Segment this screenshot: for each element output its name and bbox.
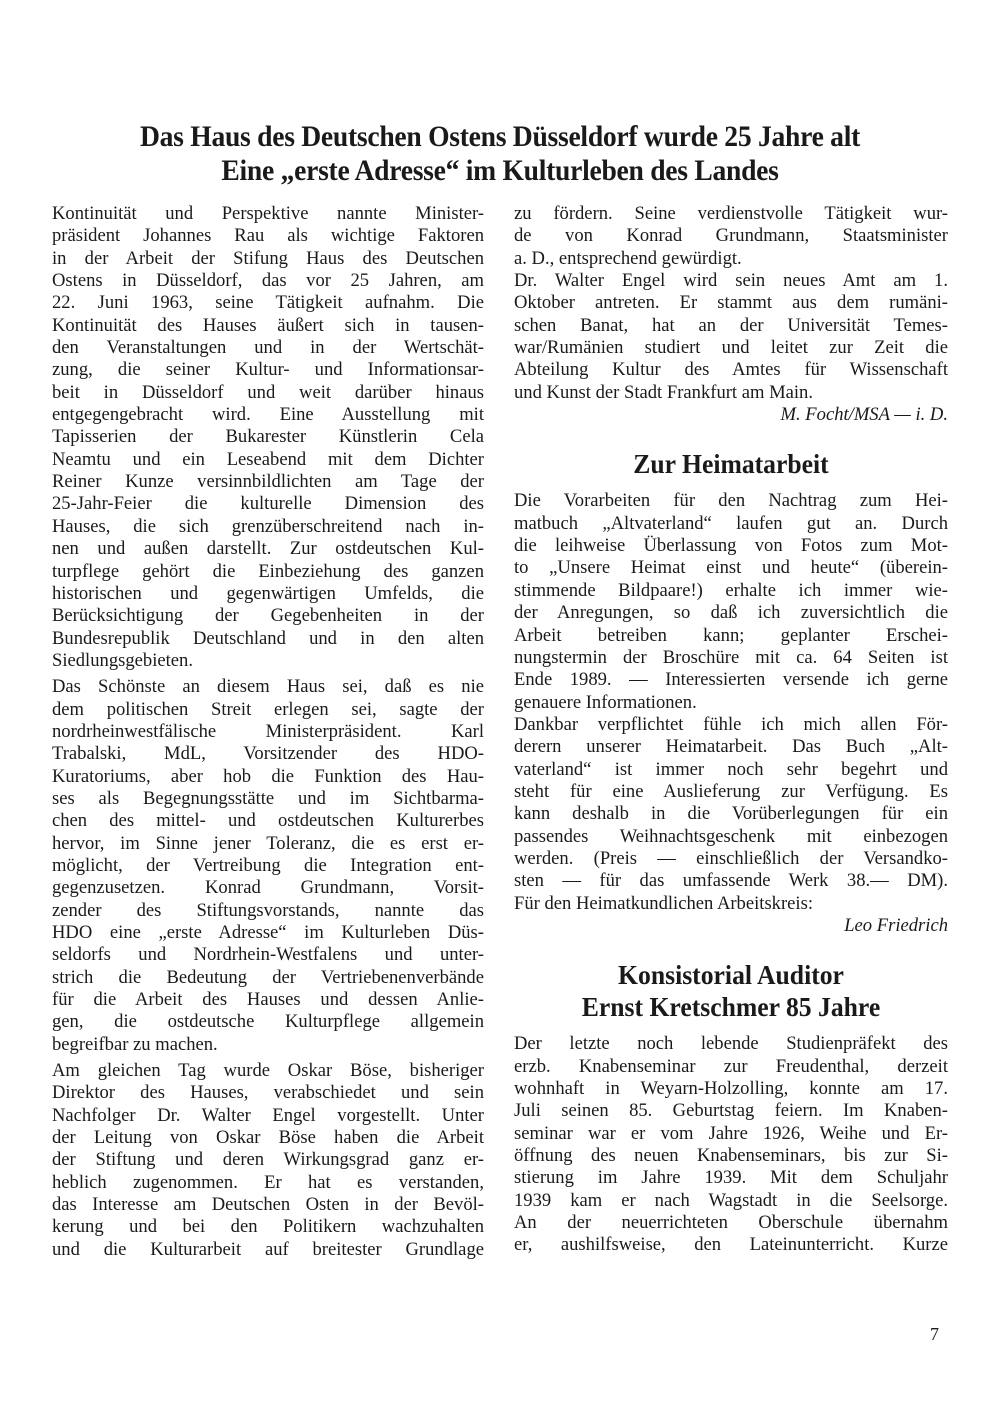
text-line: zender des Stiftungsvorstands, nannte da… [52,900,484,922]
section-title-heimatarbeit: Zur Heimatarbeit [525,448,937,480]
text-line: öffnung des neuen Knabenseminars, bis zu… [514,1145,948,1167]
text-line: entgegengebracht wird. Eine Ausstellung … [52,404,484,426]
text-line: stierung im Jahre 1939. Mit dem Schuljah… [514,1167,948,1189]
text-line: dem politischen Streit erlegen sei, sagt… [52,699,484,721]
text-line: seminar war er vom Jahre 1926, Weihe und… [514,1123,948,1145]
text-line: erzb. Knabenseminar zur Freudenthal, der… [514,1056,948,1078]
text-line: Kuratoriums, aber hob die Funktion des H… [52,766,484,788]
text-line: sten — für das umfassende Werk 38.— DM). [514,870,948,892]
text-line: wohnhaft in Weyarn-Holzolling, konnte am… [514,1078,948,1100]
body-paragraph: Das Schönste an diesem Haus sei, daß es … [52,676,484,1056]
text-line: Am gleichen Tag wurde Oskar Böse, bisher… [52,1060,484,1082]
text-line: matbuch „Altvaterland“ laufen gut an. Du… [514,513,948,535]
text-line: vaterland“ ist immer noch sehr begehrt u… [514,759,948,781]
text-line: Reiner Kunze versinnbildlichten am Tage … [52,471,484,493]
text-line: historischen und gegenwärtigen Umfelds, … [52,583,484,605]
heimatarbeit-paragraph-1: Die Vorarbeiten für den Nachtrag zum Hei… [514,490,948,713]
text-line: nungstermin der Broschüre mit ca. 64 Sei… [514,647,948,669]
text-line: gegenzusetzen. Konrad Grundmann, Vorsit- [52,877,484,899]
text-line: werden. (Preis — einschließlich der Vers… [514,848,948,870]
text-line: die leihweise Überlassung von Fotos zum … [514,535,948,557]
text-line: Bundesrepublik Deutschland und in den al… [52,628,484,650]
text-line: nen und außen darstellt. Zur ostdeutsche… [52,538,484,560]
text-line: Der letzte noch lebende Studienpräfekt d… [514,1033,948,1055]
text-line: der Stiftung und deren Wirkungsgrad ganz… [52,1149,484,1171]
document-page: Das Haus des Deutschen Ostens Düsseldorf… [0,0,1000,1413]
text-line: Abteilung Kultur des Amtes für Wissensch… [514,359,948,381]
text-line: Hauses, die sich grenzüberschreitend nac… [52,516,484,538]
text-line: derern unserer Heimatarbeit. Das Buch „A… [514,736,948,758]
text-line: in der Arbeit der Stifung Haus des Deuts… [52,248,484,270]
body-paragraph: Am gleichen Tag wurde Oskar Böse, bisher… [52,1060,484,1261]
text-line: genauere Informationen. [514,692,948,714]
text-line: das Interesse am Deutschen Osten in der … [52,1194,484,1216]
text-line: Trabalski, MdL, Vorsitzender des HDO- [52,743,484,765]
text-line: Oktober antreten. Er stammt aus dem rumä… [514,292,948,314]
text-line: der Anregungen, so daß ich zuversichtlic… [514,602,948,624]
article-headline: Das Haus des Deutschen Ostens Düsseldorf… [77,120,923,188]
text-line: Siedlungsgebieten. [52,650,484,672]
text-line: kerung und bei den Politikern wachzuhalt… [52,1216,484,1238]
section-title-kretschmer: Konsistorial Auditor Ernst Kretschmer 85… [525,959,937,1023]
text-line: chen des mittel- und ostdeutschen Kultur… [52,810,484,832]
text-line: Juli seinen 85. Geburtstag feiern. Im Kn… [514,1100,948,1122]
text-line: seldorfs und Nordrhein-Westfalens und un… [52,944,484,966]
text-line: der Leitung von Oskar Böse haben die Arb… [52,1127,484,1149]
text-line: Dankbar verpflichtet fühle ich mich alle… [514,714,948,736]
text-line: präsident Johannes Rau als wichtige Fakt… [52,225,484,247]
engel-paragraph: Dr. Walter Engel wird sein neues Amt am … [514,270,948,404]
text-line: nordrheinwestfälische Ministerpräsident.… [52,721,484,743]
text-line: Für den Heimatkundlichen Arbeitskreis: [514,893,948,915]
kretschmer-title-line-1: Konsistorial Auditor [525,959,937,991]
text-line: begreifbar zu machen. [52,1034,484,1056]
body-paragraph: Kontinuität und Perspektive nannte Minis… [52,203,484,672]
heimatarbeit-paragraph-2: Dankbar verpflichtet fühle ich mich alle… [514,714,948,915]
right-column: zu fördern. Seine verdienstvolle Tätigke… [514,203,948,1257]
text-line: 1939 kam er nach Wagstadt in die Seelsor… [514,1190,948,1212]
signature-focht: M. Focht/MSA — i. D. [514,404,948,426]
left-column: Kontinuität und Perspektive nannte Minis… [52,203,484,1261]
text-line: steht für eine Auslieferung zur Verfügun… [514,781,948,803]
text-line: An der neuerrichteten Oberschule übernah… [514,1212,948,1234]
kretschmer-paragraph: Der letzte noch lebende Studienpräfekt d… [514,1033,948,1256]
text-line: beit in Düsseldorf und weit darüber hina… [52,382,484,404]
text-line: Ende 1989. — Interessierten versende ich… [514,669,948,691]
text-line: ses als Begegnungsstätte und im Sichtbar… [52,788,484,810]
text-line: für die Arbeit des Hauses und dessen Anl… [52,989,484,1011]
text-line: Kontinuität des Hauses äußert sich in ta… [52,315,484,337]
kretschmer-title-line-2: Ernst Kretschmer 85 Jahre [525,991,937,1023]
text-line: den Veranstaltungen und in der Wertschät… [52,337,484,359]
text-line: stimmende Bildpaare!) erhalte ich immer … [514,580,948,602]
text-line: to „Unsere Heimat einst und heute“ (über… [514,557,948,579]
text-line: 25-Jahr-Feier die kulturelle Dimension d… [52,493,484,515]
text-line: turpflege gehört die Einbeziehung des ga… [52,561,484,583]
page-number: 7 [930,1324,939,1345]
text-line: HDO eine „erste Adresse“ im Kulturleben … [52,922,484,944]
text-line: möglicht, der Vertreibung die Integratio… [52,855,484,877]
text-line: Arbeit betreiben kann; geplanter Erschei… [514,625,948,647]
text-line: hervor, im Sinne jener Toleranz, die es … [52,833,484,855]
text-line: Ostens in Düsseldorf, das vor 25 Jahren,… [52,270,484,292]
text-line: Nachfolger Dr. Walter Engel vorgestellt.… [52,1105,484,1127]
text-line: de von Konrad Grundmann, Staatsminister [514,225,948,247]
text-line: Die Vorarbeiten für den Nachtrag zum Hei… [514,490,948,512]
headline-line-2: Eine „erste Adresse“ im Kulturleben des … [77,154,923,188]
continuation-paragraph: zu fördern. Seine verdienstvolle Tätigke… [514,203,948,270]
text-line: zu fördern. Seine verdienstvolle Tätigke… [514,203,948,225]
text-line: strich die Bedeutung der Vertriebenenver… [52,967,484,989]
headline-line-1: Das Haus des Deutschen Ostens Düsseldorf… [77,120,923,154]
text-line: kann deshalb in die Vorüberlegungen für … [514,803,948,825]
text-line: heblich zugenommen. Er hat es verstanden… [52,1172,484,1194]
text-line: Das Schönste an diesem Haus sei, daß es … [52,676,484,698]
text-line: Kontinuität und Perspektive nannte Minis… [52,203,484,225]
text-line: und die Kulturarbeit auf breitester Grun… [52,1239,484,1261]
text-line: Neamtu und ein Leseabend mit dem Dichter [52,449,484,471]
text-line: Dr. Walter Engel wird sein neues Amt am … [514,270,948,292]
text-line: gen, die ostdeutsche Kulturpflege allgem… [52,1011,484,1033]
signature-friedrich: Leo Friedrich [514,915,948,937]
text-line: er, aushilfsweise, den Lateinunterricht.… [514,1234,948,1256]
text-line: Direktor des Hauses, verabschiedet und s… [52,1082,484,1104]
text-line: schen Banat, hat an der Universität Teme… [514,315,948,337]
text-line: passendes Weihnachtsgeschenk mit einbezo… [514,826,948,848]
text-line: Tapisserien der Bukarester Künstlerin Ce… [52,426,484,448]
text-line: zung, die seiner Kultur- und Information… [52,359,484,381]
text-line: war/Rumänien studiert und leitet zur Zei… [514,337,948,359]
text-line: a. D., entsprechend gewürdigt. [514,248,948,270]
text-line: und Kunst der Stadt Frankfurt am Main. [514,382,948,404]
text-line: Berücksichtigung der Gegebenheiten in de… [52,605,484,627]
text-line: 22. Juni 1963, seine Tätigkeit aufnahm. … [52,292,484,314]
